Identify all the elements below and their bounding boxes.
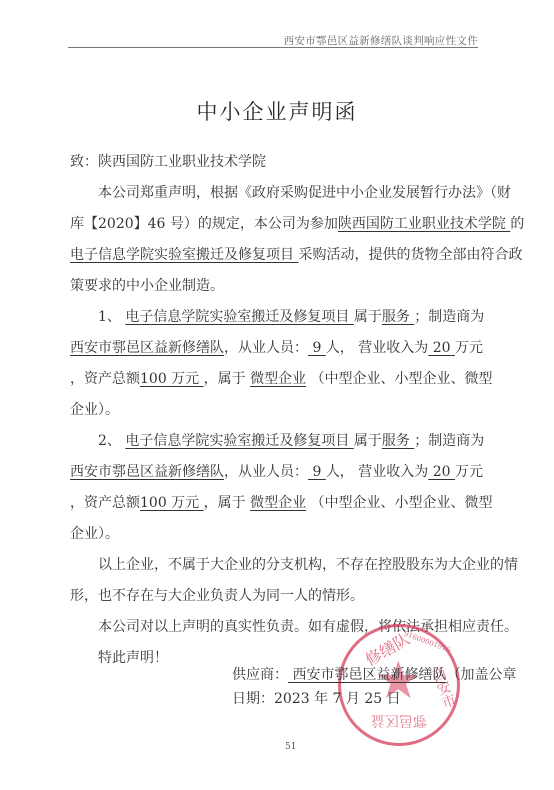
- item-1-type: 微型企业: [250, 371, 306, 387]
- page-header: 西安市鄠邑区益新修缮队谈判响应性文件: [68, 33, 478, 48]
- item-1-line-3: ，资产总额100 万元 ，属于 微型企业 （中型企业、小型企业、微型: [70, 369, 500, 389]
- item-1-staff: 9: [308, 340, 326, 356]
- supplier-line: 供应商： 西安市鄠邑区益新修缮队（加盖公章: [232, 665, 554, 685]
- intro-line-1: 本公司郑重声明，根据《政府采购促进中小企业发展暂行办法》（财: [70, 183, 528, 203]
- buyer-name: 陕西国防工业职业技术学院: [338, 216, 510, 232]
- supplier-name: 西安市鄠邑区益新修缮队: [288, 667, 446, 683]
- statement-line-1: 以上企业，不属于大企业的分支机构，不存在控股股东为大企业的情: [70, 555, 528, 575]
- intro-line-3: 电子信息学院实验室搬迁及修复项目 采购活动，提供的货物全部由符合政: [70, 245, 500, 265]
- item-2-category: 服务: [382, 433, 414, 449]
- item-2-line-2: 西安市鄠邑区益新修缮队，从业人员： 9 人， 营业收入为 20 万元: [70, 462, 500, 482]
- item-1-project: 电子信息学院实验室搬迁及修复项目: [125, 309, 353, 325]
- item-2-line-1: 2、 电子信息学院实验室搬迁及修复项目 属于服务 ；制造商为: [70, 431, 528, 451]
- addressee: 致：陕西国防工业职业技术学院: [70, 152, 500, 172]
- item-1-category: 服务: [382, 309, 414, 325]
- header-text: 西安市鄠邑区益新修缮队谈判响应性文件: [284, 33, 478, 48]
- signature-date: 2023 年 7 月 25 日: [274, 691, 401, 707]
- document-title: 中小企业声明函: [0, 96, 554, 126]
- intro-line-4: 策要求的中小企业制造。: [70, 276, 500, 296]
- item-1-line-2: 西安市鄠邑区益新修缮队，从业人员： 9 人， 营业收入为 20 万元: [70, 338, 500, 358]
- intro-line-2: 库【2020】46 号）的规定，本公司为参加陕西国防工业职业技术学院 的: [70, 214, 500, 234]
- item-1-revenue: 20: [428, 340, 455, 356]
- item-2-assets: 100 万元: [140, 495, 204, 511]
- project-name: 电子信息学院实验室搬迁及修复项目: [70, 247, 298, 263]
- addressee-name: 陕西国防工业职业技术学院: [98, 154, 266, 170]
- seal-bottom-text: 鄠邑区益: [371, 711, 427, 731]
- item-1-line-4: 企业）。: [70, 400, 500, 420]
- statement-line-2: 形，也不存在与大企业负责人为同一人的情形。: [70, 586, 500, 606]
- page-number: 51: [285, 742, 296, 752]
- item-1-line-1: 1、 电子信息学院实验室搬迁及修复项目 属于服务 ；制造商为: [70, 307, 528, 327]
- item-2-maker: 西安市鄠邑区益新修缮队: [70, 464, 224, 480]
- item-1-assets: 100 万元: [140, 371, 204, 387]
- item-2-project: 电子信息学院实验室搬迁及修复项目: [125, 433, 353, 449]
- item-1-maker: 西安市鄠邑区益新修缮队: [70, 340, 224, 356]
- company-seal: ★ 修缮队 91610000916 西安市 鄠邑区益: [338, 624, 460, 746]
- item-2-revenue: 20: [428, 464, 455, 480]
- item-2-staff: 9: [308, 464, 326, 480]
- date-line: 日期：2023 年 7 月 25 日: [232, 689, 554, 709]
- statement-line-3: 本公司对以上声明的真实性负责。如有虚假，将依法承担相应责任。: [70, 617, 528, 637]
- item-2-line-4: 企业）。: [70, 524, 500, 544]
- item-2-line-3: ，资产总额100 万元 ，属于 微型企业 （中型企业、小型企业、微型: [70, 493, 500, 513]
- item-2-type: 微型企业: [250, 495, 306, 511]
